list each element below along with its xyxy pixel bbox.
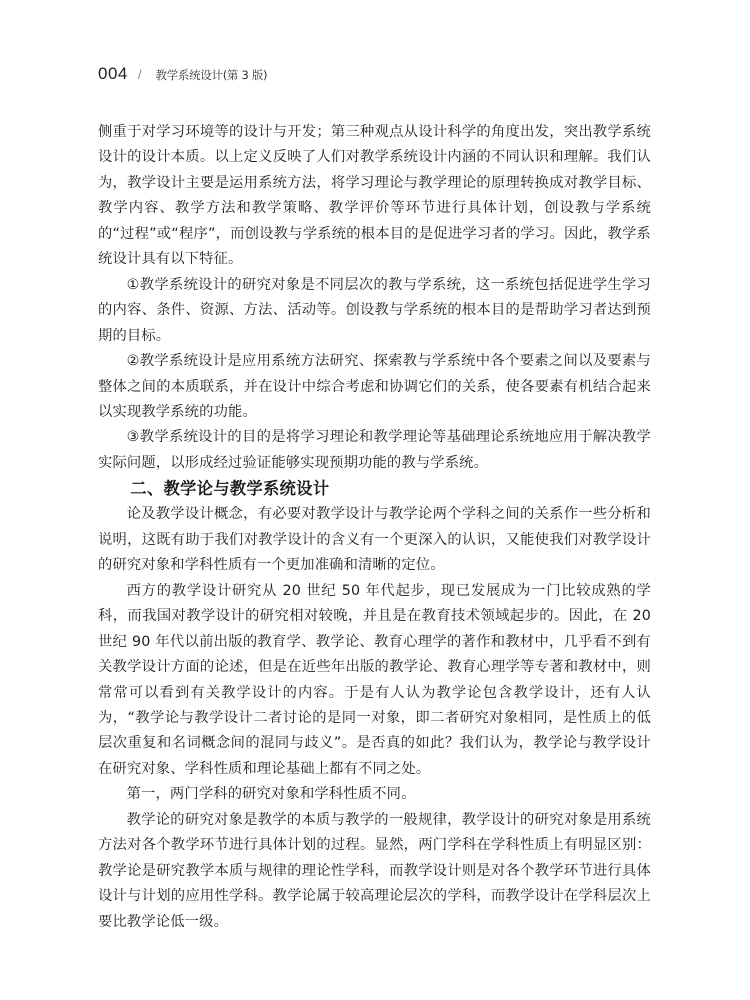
paragraph-feature-2: ②教学系统设计是应用系统方法研究、探索教与学系统中各个要素之间以及要素与整体之间… xyxy=(98,349,651,425)
paragraph-comparison: 教学论的研究对象是教学的本质与教学的一般规律，教学设计的研究对象是用系统方法对各… xyxy=(98,808,651,935)
header-separator: / xyxy=(138,67,142,82)
paragraph-feature-1: ①教学系统设计的研究对象是不同层次的教与学系统，这一系统包括促进学生学习的内容、… xyxy=(98,273,651,349)
paragraph-history: 西方的教学设计研究从 20 世纪 50 年代起步，现已发展成为一门比较成熟的学科… xyxy=(98,579,651,783)
paragraph-feature-3: ③教学系统设计的目的是将学习理论和教学理论等基础理论系统地应用于解决教学实际问题… xyxy=(98,425,651,476)
paragraph-intro: 论及教学设计概念，有必要对教学设计与教学论两个学科之间的关系作一些分析和说明，这… xyxy=(98,502,651,578)
section-heading: 二、教学论与教学系统设计 xyxy=(98,476,651,502)
paragraph-first-point: 第一，两门学科的研究对象和学科性质不同。 xyxy=(98,782,651,807)
running-header: 004 / 教学系统设计(第 3 版) xyxy=(98,64,267,86)
page-number: 004 xyxy=(98,64,128,84)
page-body: 侧重于对学习环境等的设计与开发；第三种观点从设计科学的角度出发，突出教学系统设计… xyxy=(98,120,651,935)
book-title: 教学系统设计(第 3 版) xyxy=(156,67,268,83)
paragraph-continuation: 侧重于对学习环境等的设计与开发；第三种观点从设计科学的角度出发，突出教学系统设计… xyxy=(98,120,651,273)
